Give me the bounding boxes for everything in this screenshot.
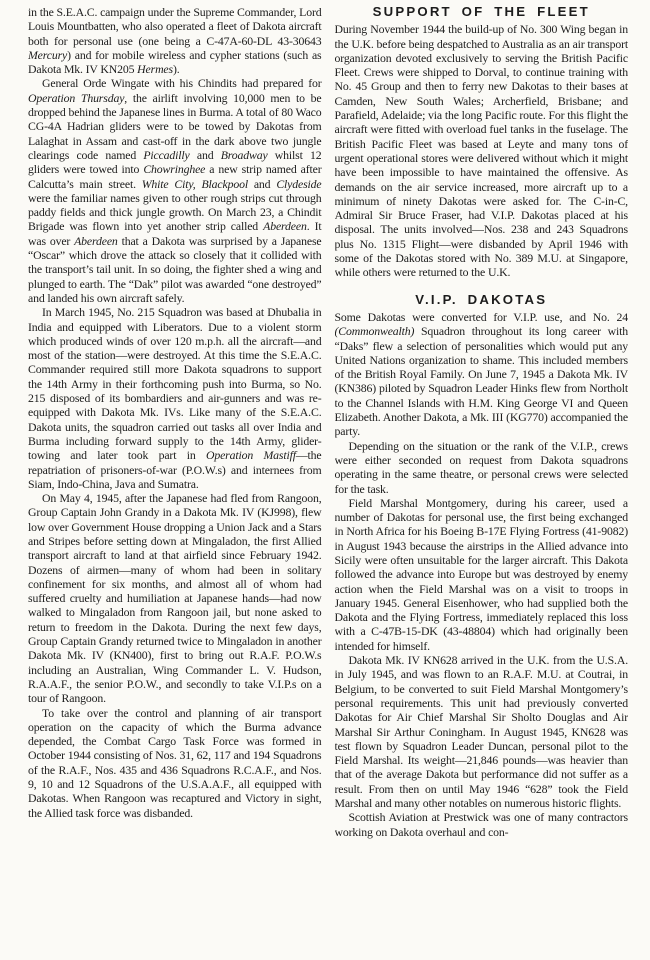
text-run: in the S.E.A.C. campaign under the Supre… [28,5,322,48]
document-page: in the S.E.A.C. campaign under the Supre… [0,0,650,960]
left-column: in the S.E.A.C. campaign under the Supre… [28,5,322,960]
text-run: Dakota Mk. IV KN628 arrived in the U.K. … [335,653,629,810]
right-column: SUPPORT OF THE FLEETDuring November 1944… [335,5,629,960]
paragraph: in the S.E.A.C. campaign under the Supre… [28,5,322,76]
text-run: ). [173,62,180,76]
text-run: and [248,177,276,191]
italic-text-run: Operation Thursday [28,91,124,105]
article-section: V.I.P. DAKOTASSome Dakotas were converte… [335,293,629,839]
text-run: Scottish Aviation at Prestwick was one o… [335,810,629,838]
italic-text-run: Clydeside [276,177,321,191]
paragraph: On May 4, 1945, after the Japanese had f… [28,491,322,705]
paragraph: During November 1944 the build-up of No.… [335,22,629,279]
paragraph: Field Marshal Montgomery, during his car… [335,496,629,653]
paragraph: Dakota Mk. IV KN628 arrived in the U.K. … [335,653,629,810]
italic-text-run: Broadway [221,148,268,162]
article-section: SUPPORT OF THE FLEETDuring November 1944… [335,5,629,280]
paragraph: Depending on the situation or the rank o… [335,439,629,496]
text-run: Depending on the situation or the rank o… [335,439,629,496]
text-run: Squadron throughout its long career with… [335,324,629,438]
text-run: During November 1944 the build-up of No.… [335,22,629,279]
paragraph: General Orde Wingate with his Chindits h… [28,76,322,305]
text-run: On May 4, 1945, after the Japanese had f… [28,491,322,705]
section-heading: V.I.P. DAKOTAS [335,293,629,307]
paragraph: In March 1945, No. 215 Squadron was base… [28,305,322,491]
section-heading: SUPPORT OF THE FLEET [335,5,629,19]
italic-text-run: Aberdeen [263,219,307,233]
paragraph: Scottish Aviation at Prestwick was one o… [335,810,629,839]
text-run: To take over the control and planning of… [28,706,322,820]
italic-text-run: Aberdeen [74,234,118,248]
text-run: and [190,148,221,162]
italic-text-run: Mercury [28,48,67,62]
paragraph: Some Dakotas were converted for V.I.P. u… [335,310,629,439]
text-run: General Orde Wingate with his Chindits h… [42,76,322,90]
italic-text-run: White City, Blackpool [142,177,248,191]
italic-text-run: Hermes [137,62,173,76]
text-run: Some Dakotas were converted for V.I.P. u… [335,310,629,324]
italic-text-run: Piccadilly [143,148,189,162]
paragraph: To take over the control and planning of… [28,706,322,820]
italic-text-run: Chowringhee [143,162,205,176]
text-run: Field Marshal Montgomery, during his car… [335,496,629,653]
text-run: In March 1945, No. 215 Squadron was base… [28,305,322,462]
italic-text-run: (Commonwealth) [335,324,415,338]
italic-text-run: Operation Mastiff [206,448,296,462]
